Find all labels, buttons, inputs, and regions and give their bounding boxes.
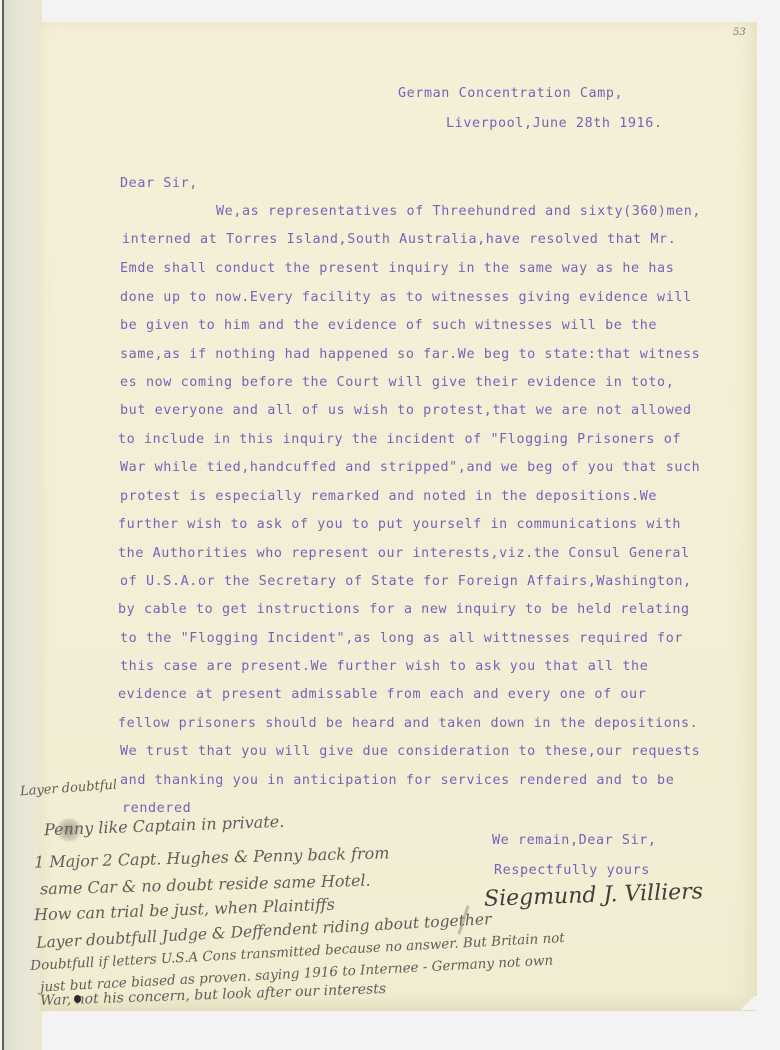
body-line: this case are present.We further wish to… [120,660,648,673]
body-line: rendered [122,802,191,815]
body-line: to the "Flogging Incident",as long as al… [120,632,683,645]
body-line: same,as if nothing had happened so far.W… [120,348,700,361]
body-line: and thanking you in anticipation for ser… [120,774,674,787]
body-line: of U.S.A.or the Secretary of State for F… [120,575,692,588]
body-line: Emde shall conduct the present inquiry i… [120,262,674,275]
salutation: Dear Sir, [120,177,198,190]
body-line: but everyone and all of us wish to prote… [120,404,692,417]
header-date-line: Liverpool,June 28th 1916. [446,117,663,130]
body-line: es now coming before the Court will give… [120,376,674,389]
body-line: be given to him and the evidence of such… [120,319,657,332]
body-line: to include in this inquiry the incident … [118,433,681,446]
body-line: done up to now.Every facility as to witn… [120,291,692,304]
body-line: We trust that you will give due consider… [120,745,700,758]
ink-blot [74,995,81,1003]
body-line: further wish to ask of you to put yourse… [118,518,681,531]
body-line: protest is especially remarked and noted… [120,490,657,503]
body-line: fellow prisoners should be heard and tak… [118,717,698,730]
body-line: by cable to get instructions for a new i… [118,603,690,616]
folio-number: 53 [733,27,746,38]
closing-line1: We remain,Dear Sir, [492,834,657,847]
document-scan: 53 German Concentration Camp, Liverpool,… [0,0,780,1050]
body-line: We,as representatives of Threehundred an… [216,205,701,218]
binding-strip [4,0,42,1050]
body-line: the Authorities who represent our intere… [118,547,690,560]
body-line: War while tied,handcuffed and stripped",… [120,461,700,474]
body-line: evidence at present admissable from each… [118,688,646,701]
closing-line2: Respectfully yours [494,864,650,877]
body-line: interned at Torres Island,South Australi… [122,233,676,246]
header-address-line1: German Concentration Camp, [398,87,623,100]
